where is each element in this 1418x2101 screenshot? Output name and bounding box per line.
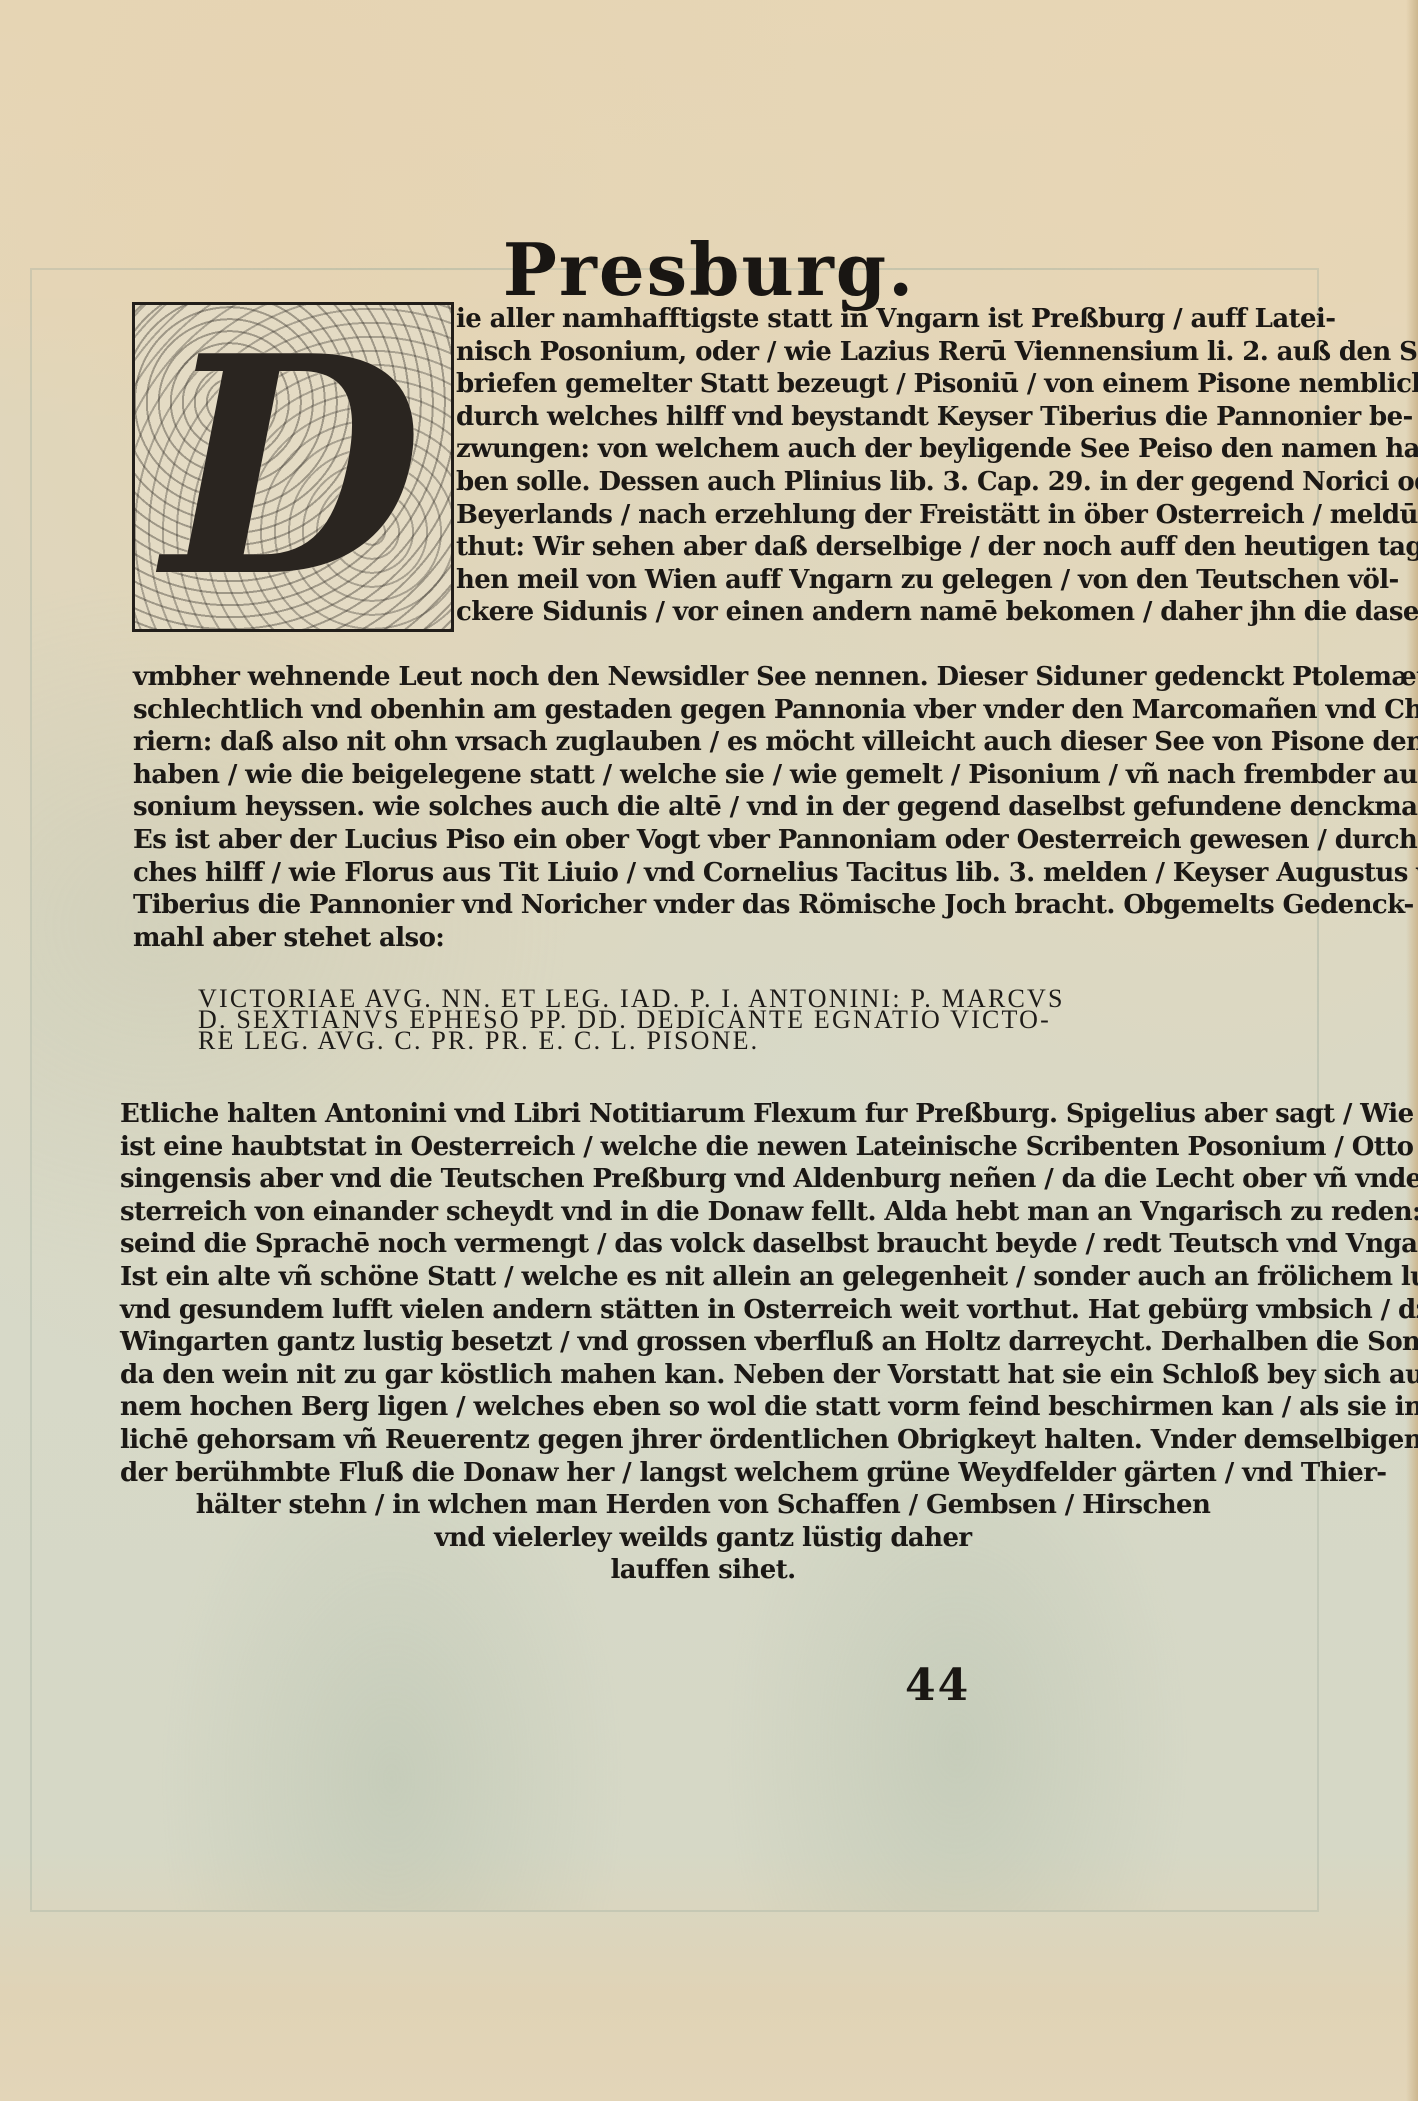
text-line: seind die Sprachē noch vermengt / das vo… xyxy=(120,1228,1286,1261)
text-line: lichē gehorsam vñ Reuerentz gegen jhrer … xyxy=(120,1424,1286,1457)
decorated-initial: D xyxy=(132,302,454,632)
text-line: nem hochen Berg ligen / welches eben so … xyxy=(120,1391,1286,1424)
text-line: Ist ein alte vñ schöne Statt / welche es… xyxy=(120,1261,1286,1294)
text-line: ckere Sidunis / vor einen andern namē be… xyxy=(456,596,1284,629)
text-line: thut: Wir sehen aber daß derselbige / de… xyxy=(456,531,1284,564)
text-line: vnd vielerley weilds gantz lüstig daher xyxy=(120,1522,1286,1555)
paragraph-2: Etliche halten Antonini vnd Libri Notiti… xyxy=(120,1098,1286,1587)
text-line: da den wein nit zu gar köstlich mahen ka… xyxy=(120,1359,1286,1392)
text-line: Beyerlands / nach erzehlung der Freistät… xyxy=(456,499,1284,532)
text-line: schlechtlich vnd obenhin am gestaden geg… xyxy=(133,694,1284,727)
text-line: vmbher wehnende Leut noch den Newsidler … xyxy=(133,661,1284,694)
text-line: riern: daß also nit ohn vrsach zuglauben… xyxy=(133,726,1284,759)
paragraph-1-beside-initial: ie aller namhafftigste statt in Vngarn i… xyxy=(456,303,1284,629)
text-line: hälter stehn / in wlchen man Herden von … xyxy=(120,1489,1286,1522)
paragraph-1-full-width: vmbher wehnende Leut noch den Newsidler … xyxy=(133,661,1284,954)
text-line: Etliche halten Antonini vnd Libri Notiti… xyxy=(120,1098,1286,1131)
text-line: sterreich von einander scheydt vnd in di… xyxy=(120,1196,1286,1229)
text-line: ie aller namhafftigste statt in Vngarn i… xyxy=(456,303,1284,336)
text-line: Wingarten gantz lustig besetzt / vnd gro… xyxy=(120,1326,1286,1359)
text-line: nisch Posonium, oder / wie Lazius Rerū V… xyxy=(456,336,1284,369)
text-line: vnd gesundem lufft vielen andern stätten… xyxy=(120,1294,1286,1327)
text-line: der berühmbte Fluß die Donaw her / langs… xyxy=(120,1457,1286,1490)
tapered-ending: der berühmbte Fluß die Donaw her / langs… xyxy=(120,1457,1286,1587)
text-line: singensis aber vnd die Teutschen Preßbur… xyxy=(120,1163,1286,1196)
text-line: durch welches hilff vnd beystandt Keyser… xyxy=(456,401,1284,434)
text-line: mahl aber stehet also: xyxy=(133,922,1284,955)
page-number: 44 xyxy=(905,1660,970,1711)
text-line: ben solle. Dessen auch Plinius lib. 3. C… xyxy=(456,466,1284,499)
text-line: lauffen sihet. xyxy=(120,1554,1286,1587)
initial-letter: D xyxy=(163,317,423,617)
text-line: ches hilff / wie Florus aus Tit Liuio / … xyxy=(133,857,1284,890)
text-line: ist eine haubtstat in Oesterreich / welc… xyxy=(120,1131,1286,1164)
page-edge xyxy=(1406,0,1418,2101)
text-line: haben / wie die beigelegene statt / welc… xyxy=(133,759,1284,792)
text-line: hen meil von Wien auff Vngarn zu gelegen… xyxy=(456,564,1284,597)
text-line: briefen gemelter Statt bezeugt / Pisoniū… xyxy=(456,368,1284,401)
text-line: sonium heyssen. wie solches auch die alt… xyxy=(133,791,1284,824)
text-line: Tiberius die Pannonier vnd Noricher vnde… xyxy=(133,889,1284,922)
text-line: zwungen: von welchem auch der beyligende… xyxy=(456,433,1284,466)
latin-inscription: VICTORIAE AVG. NN. ET LEG. IAD. P. I. AN… xyxy=(198,988,1158,1051)
text-line: Es ist aber der Lucius Piso ein ober Vog… xyxy=(133,824,1284,857)
